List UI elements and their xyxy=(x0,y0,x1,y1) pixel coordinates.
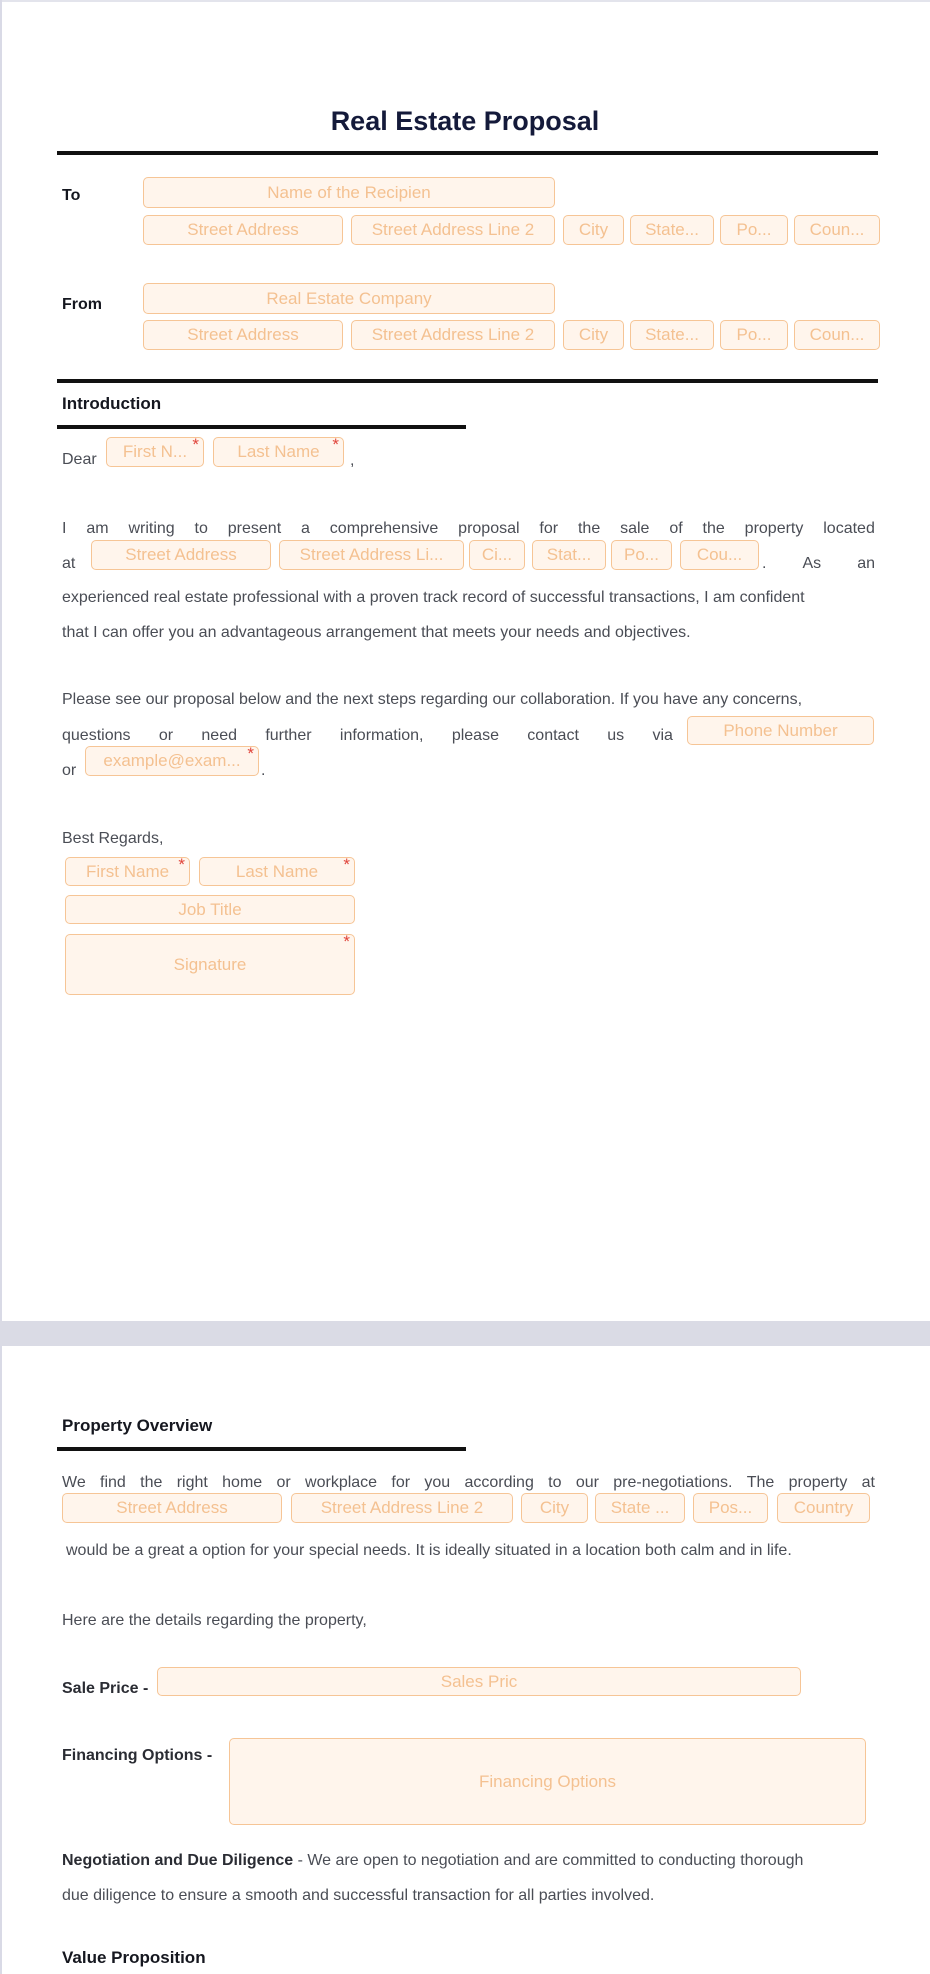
property-overview-underline xyxy=(57,1447,466,1451)
country-field[interactable]: Coun... xyxy=(794,320,880,350)
from-label: From xyxy=(62,296,102,314)
word: pre-negotiations. xyxy=(613,1474,732,1492)
job-title-field[interactable]: Job Title xyxy=(65,895,355,924)
intro-paragraph-tail: .Asan xyxy=(762,555,875,573)
email-field[interactable]: example@exam...* xyxy=(85,746,259,776)
word: need xyxy=(201,727,237,745)
word: The xyxy=(747,1474,775,1492)
word: the xyxy=(703,520,725,538)
details-intro-text: Here are the details regarding the prope… xyxy=(62,1612,367,1630)
signature-placeholder: Signature xyxy=(174,955,247,975)
required-asterisk: * xyxy=(343,857,350,875)
word: . xyxy=(762,555,766,573)
word: for xyxy=(391,1474,410,1492)
postal-code-field[interactable]: Po... xyxy=(720,320,788,350)
sender-first-name-field[interactable]: First Name* xyxy=(65,857,190,886)
street-address-field[interactable]: Street Address xyxy=(143,320,343,350)
word: present xyxy=(228,520,281,538)
collab-paragraph-line-1: Please see our proposal below and the ne… xyxy=(62,691,802,709)
intro-paragraph-line-4: that I can offer you an advantageous arr… xyxy=(62,624,691,642)
comma-text: , xyxy=(350,452,354,470)
state-field[interactable]: State... xyxy=(630,320,714,350)
country-field[interactable]: Country xyxy=(777,1493,870,1523)
required-asterisk: * xyxy=(332,437,339,455)
negotiation-line-1: Negotiation and Due Diligence - We are o… xyxy=(62,1852,803,1870)
state-field[interactable]: State ... xyxy=(595,1493,685,1523)
document-title: Real Estate Proposal xyxy=(0,106,930,137)
word: questions xyxy=(62,727,131,745)
street-address-line-2-field[interactable]: Street Address Line 2 xyxy=(351,320,555,350)
negotiation-line-2: due diligence to ensure a smooth and suc… xyxy=(62,1887,654,1905)
word: contact xyxy=(527,727,579,745)
word: via xyxy=(652,727,672,745)
intro-paragraph-line-3: experienced real estate professional wit… xyxy=(62,589,805,607)
dear-text: Dear xyxy=(62,451,97,469)
word: property xyxy=(745,520,804,538)
word: to xyxy=(548,1474,561,1492)
city-field[interactable]: City xyxy=(521,1493,588,1523)
word: home xyxy=(222,1474,262,1492)
page-top-border xyxy=(0,0,930,2)
word: according xyxy=(464,1474,533,1492)
word: the xyxy=(578,520,600,538)
recipient-first-name-field[interactable]: First N...* xyxy=(106,437,204,467)
property-overview-heading: Property Overview xyxy=(62,1416,212,1436)
word: our xyxy=(576,1474,599,1492)
page-left-border xyxy=(0,0,2,1974)
word: or xyxy=(159,727,173,745)
required-asterisk: * xyxy=(247,746,254,764)
property-paragraph-line-2: would be a great a option for your speci… xyxy=(66,1542,792,1560)
word: property xyxy=(789,1474,848,1492)
word: of xyxy=(669,520,682,538)
value-proposition-heading: Value Proposition xyxy=(62,1948,206,1968)
street-address-field[interactable]: Street Address xyxy=(91,540,271,570)
word: sale xyxy=(620,520,649,538)
word: We xyxy=(62,1474,86,1492)
sender-last-name-field[interactable]: Last Name* xyxy=(199,857,355,886)
recipient-name-field[interactable]: Name of the Recipien xyxy=(143,177,555,208)
country-field[interactable]: Coun... xyxy=(794,215,880,245)
signature-field[interactable]: Signature* xyxy=(65,934,355,995)
word: proposal xyxy=(458,520,519,538)
city-field[interactable]: Ci... xyxy=(469,540,525,570)
state-field[interactable]: Stat... xyxy=(532,540,606,570)
word: comprehensive xyxy=(330,520,439,538)
at-text: at xyxy=(62,555,75,573)
word: at xyxy=(862,1474,875,1492)
street-address-line-2-field[interactable]: Street Address Line 2 xyxy=(351,215,555,245)
street-address-line-2-field[interactable]: Street Address Li... xyxy=(279,540,464,570)
recipient-last-name-field[interactable]: Last Name* xyxy=(213,437,344,467)
word: I xyxy=(62,520,66,538)
word: writing xyxy=(128,520,174,538)
required-asterisk: * xyxy=(178,857,185,875)
introduction-underline xyxy=(57,425,466,429)
email-placeholder: example@exam... xyxy=(103,751,240,771)
street-address-field[interactable]: Street Address xyxy=(62,1493,282,1523)
word: us xyxy=(607,727,624,745)
financing-options-label: Financing Options - xyxy=(62,1747,212,1765)
best-regards-text: Best Regards, xyxy=(62,830,163,848)
state-field[interactable]: State... xyxy=(630,215,714,245)
last-name-placeholder: Last Name xyxy=(237,442,319,462)
sale-price-label: Sale Price - xyxy=(62,1680,148,1698)
country-field[interactable]: Cou... xyxy=(680,540,759,570)
property-paragraph-line-1: Wefindtherighthomeorworkplaceforyouaccor… xyxy=(62,1474,875,1492)
financing-options-field[interactable]: Financing Options xyxy=(229,1738,866,1825)
city-field[interactable]: City xyxy=(563,215,624,245)
negotiation-label: Negotiation and Due Diligence xyxy=(62,1852,293,1869)
word: further xyxy=(265,727,311,745)
section-divider xyxy=(57,379,878,383)
city-field[interactable]: City xyxy=(563,320,624,350)
word: right xyxy=(177,1474,208,1492)
last-name-placeholder: Last Name xyxy=(236,862,318,882)
phone-number-field[interactable]: Phone Number xyxy=(687,716,874,745)
word: located xyxy=(823,520,875,538)
page-break xyxy=(0,1321,930,1346)
required-asterisk: * xyxy=(192,437,199,455)
postal-code-field[interactable]: Pos... xyxy=(693,1493,768,1523)
sale-price-field[interactable]: Sales Pric xyxy=(157,1667,801,1696)
negotiation-text: - We are open to negotiation and are com… xyxy=(293,1852,803,1869)
to-label: To xyxy=(62,187,80,205)
collab-paragraph-line-2: questionsorneedfurtherinformation,please… xyxy=(62,727,673,745)
word: the xyxy=(140,1474,162,1492)
word: workplace xyxy=(305,1474,377,1492)
title-divider xyxy=(57,151,878,155)
first-name-placeholder: First N... xyxy=(123,442,187,462)
word: a xyxy=(301,520,310,538)
intro-paragraph-line-1: Iamwritingtopresentacomprehensiveproposa… xyxy=(62,520,875,538)
required-asterisk: * xyxy=(343,934,350,952)
word: for xyxy=(539,520,558,538)
street-address-field[interactable]: Street Address xyxy=(143,215,343,245)
word: or xyxy=(276,1474,290,1492)
street-address-line-2-field[interactable]: Street Address Line 2 xyxy=(291,1493,513,1523)
company-name-field[interactable]: Real Estate Company xyxy=(143,283,555,314)
introduction-heading: Introduction xyxy=(62,394,161,414)
first-name-placeholder: First Name xyxy=(86,862,169,882)
period-text: . xyxy=(261,762,265,780)
word: please xyxy=(452,727,499,745)
word: you xyxy=(424,1474,450,1492)
postal-code-field[interactable]: Po... xyxy=(611,540,672,570)
word: am xyxy=(86,520,108,538)
or-text: or xyxy=(62,762,76,780)
word: an xyxy=(857,555,875,573)
word: As xyxy=(802,555,821,573)
word: to xyxy=(195,520,208,538)
postal-code-field[interactable]: Po... xyxy=(720,215,788,245)
word: information, xyxy=(340,727,424,745)
word: find xyxy=(100,1474,126,1492)
